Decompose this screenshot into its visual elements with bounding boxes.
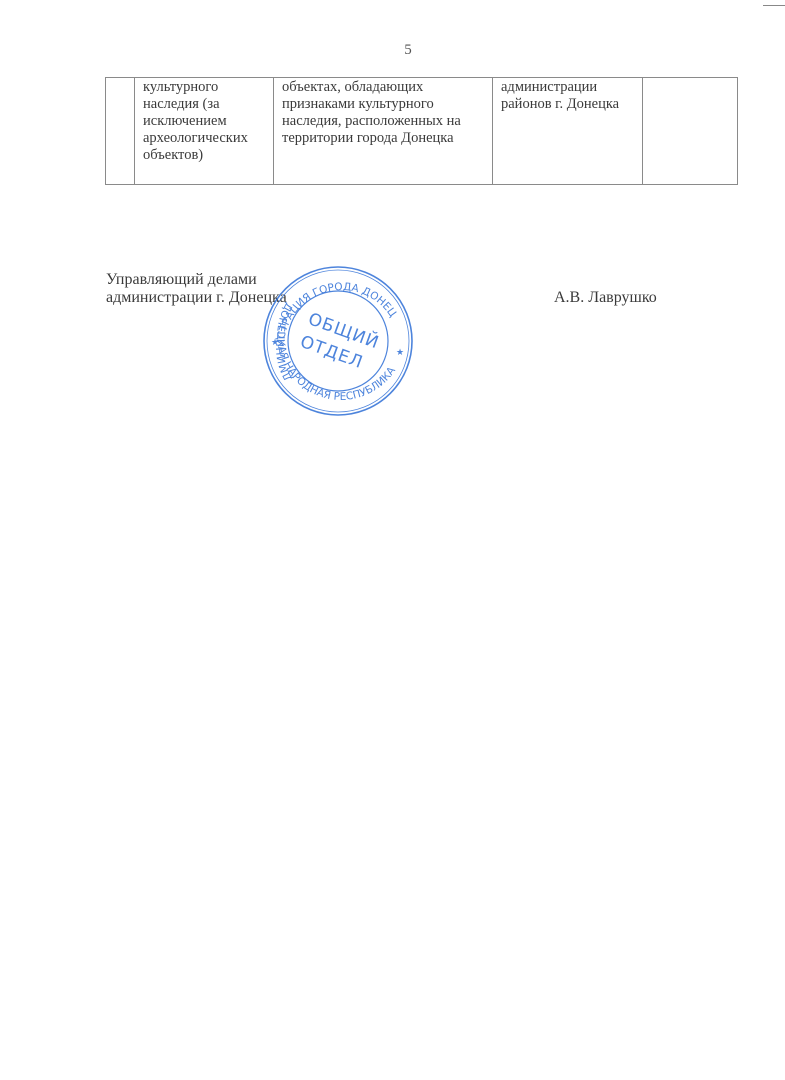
table-cell-object-type: культурного наследия (за исключением арх…: [135, 78, 274, 185]
continuation-table: культурного наследия (за исключением арх…: [105, 77, 738, 185]
signatory-name: А.В. Лаврушко: [554, 289, 657, 307]
table-cell-notes: [643, 78, 738, 185]
table-cell-responsible: администрации районов г. Донецка: [493, 78, 643, 185]
stamp-star-left: ★: [271, 338, 279, 348]
official-stamp: АДМИНИСТРАЦИЯ ГОРОДА ДОНЕЦКА ДОНЕЦКАЯ НА…: [262, 265, 414, 417]
table-cell-description: объектах, обладающих признаками культурн…: [274, 78, 493, 185]
signatory-title: Управляющий делами администрации г. Доне…: [106, 271, 287, 307]
page-number: 5: [398, 42, 418, 59]
table-row: культурного наследия (за исключением арх…: [106, 78, 738, 185]
stamp-seal-icon: АДМИНИСТРАЦИЯ ГОРОДА ДОНЕЦКА ДОНЕЦКАЯ НА…: [262, 265, 414, 417]
table-cell-index: [106, 78, 135, 185]
signatory-title-line1: Управляющий делами: [106, 271, 287, 289]
signatory-title-line2: администрации г. Донецка: [106, 289, 287, 307]
stamp-star-right: ★: [396, 348, 404, 358]
scan-edge-mark: [763, 5, 785, 6]
